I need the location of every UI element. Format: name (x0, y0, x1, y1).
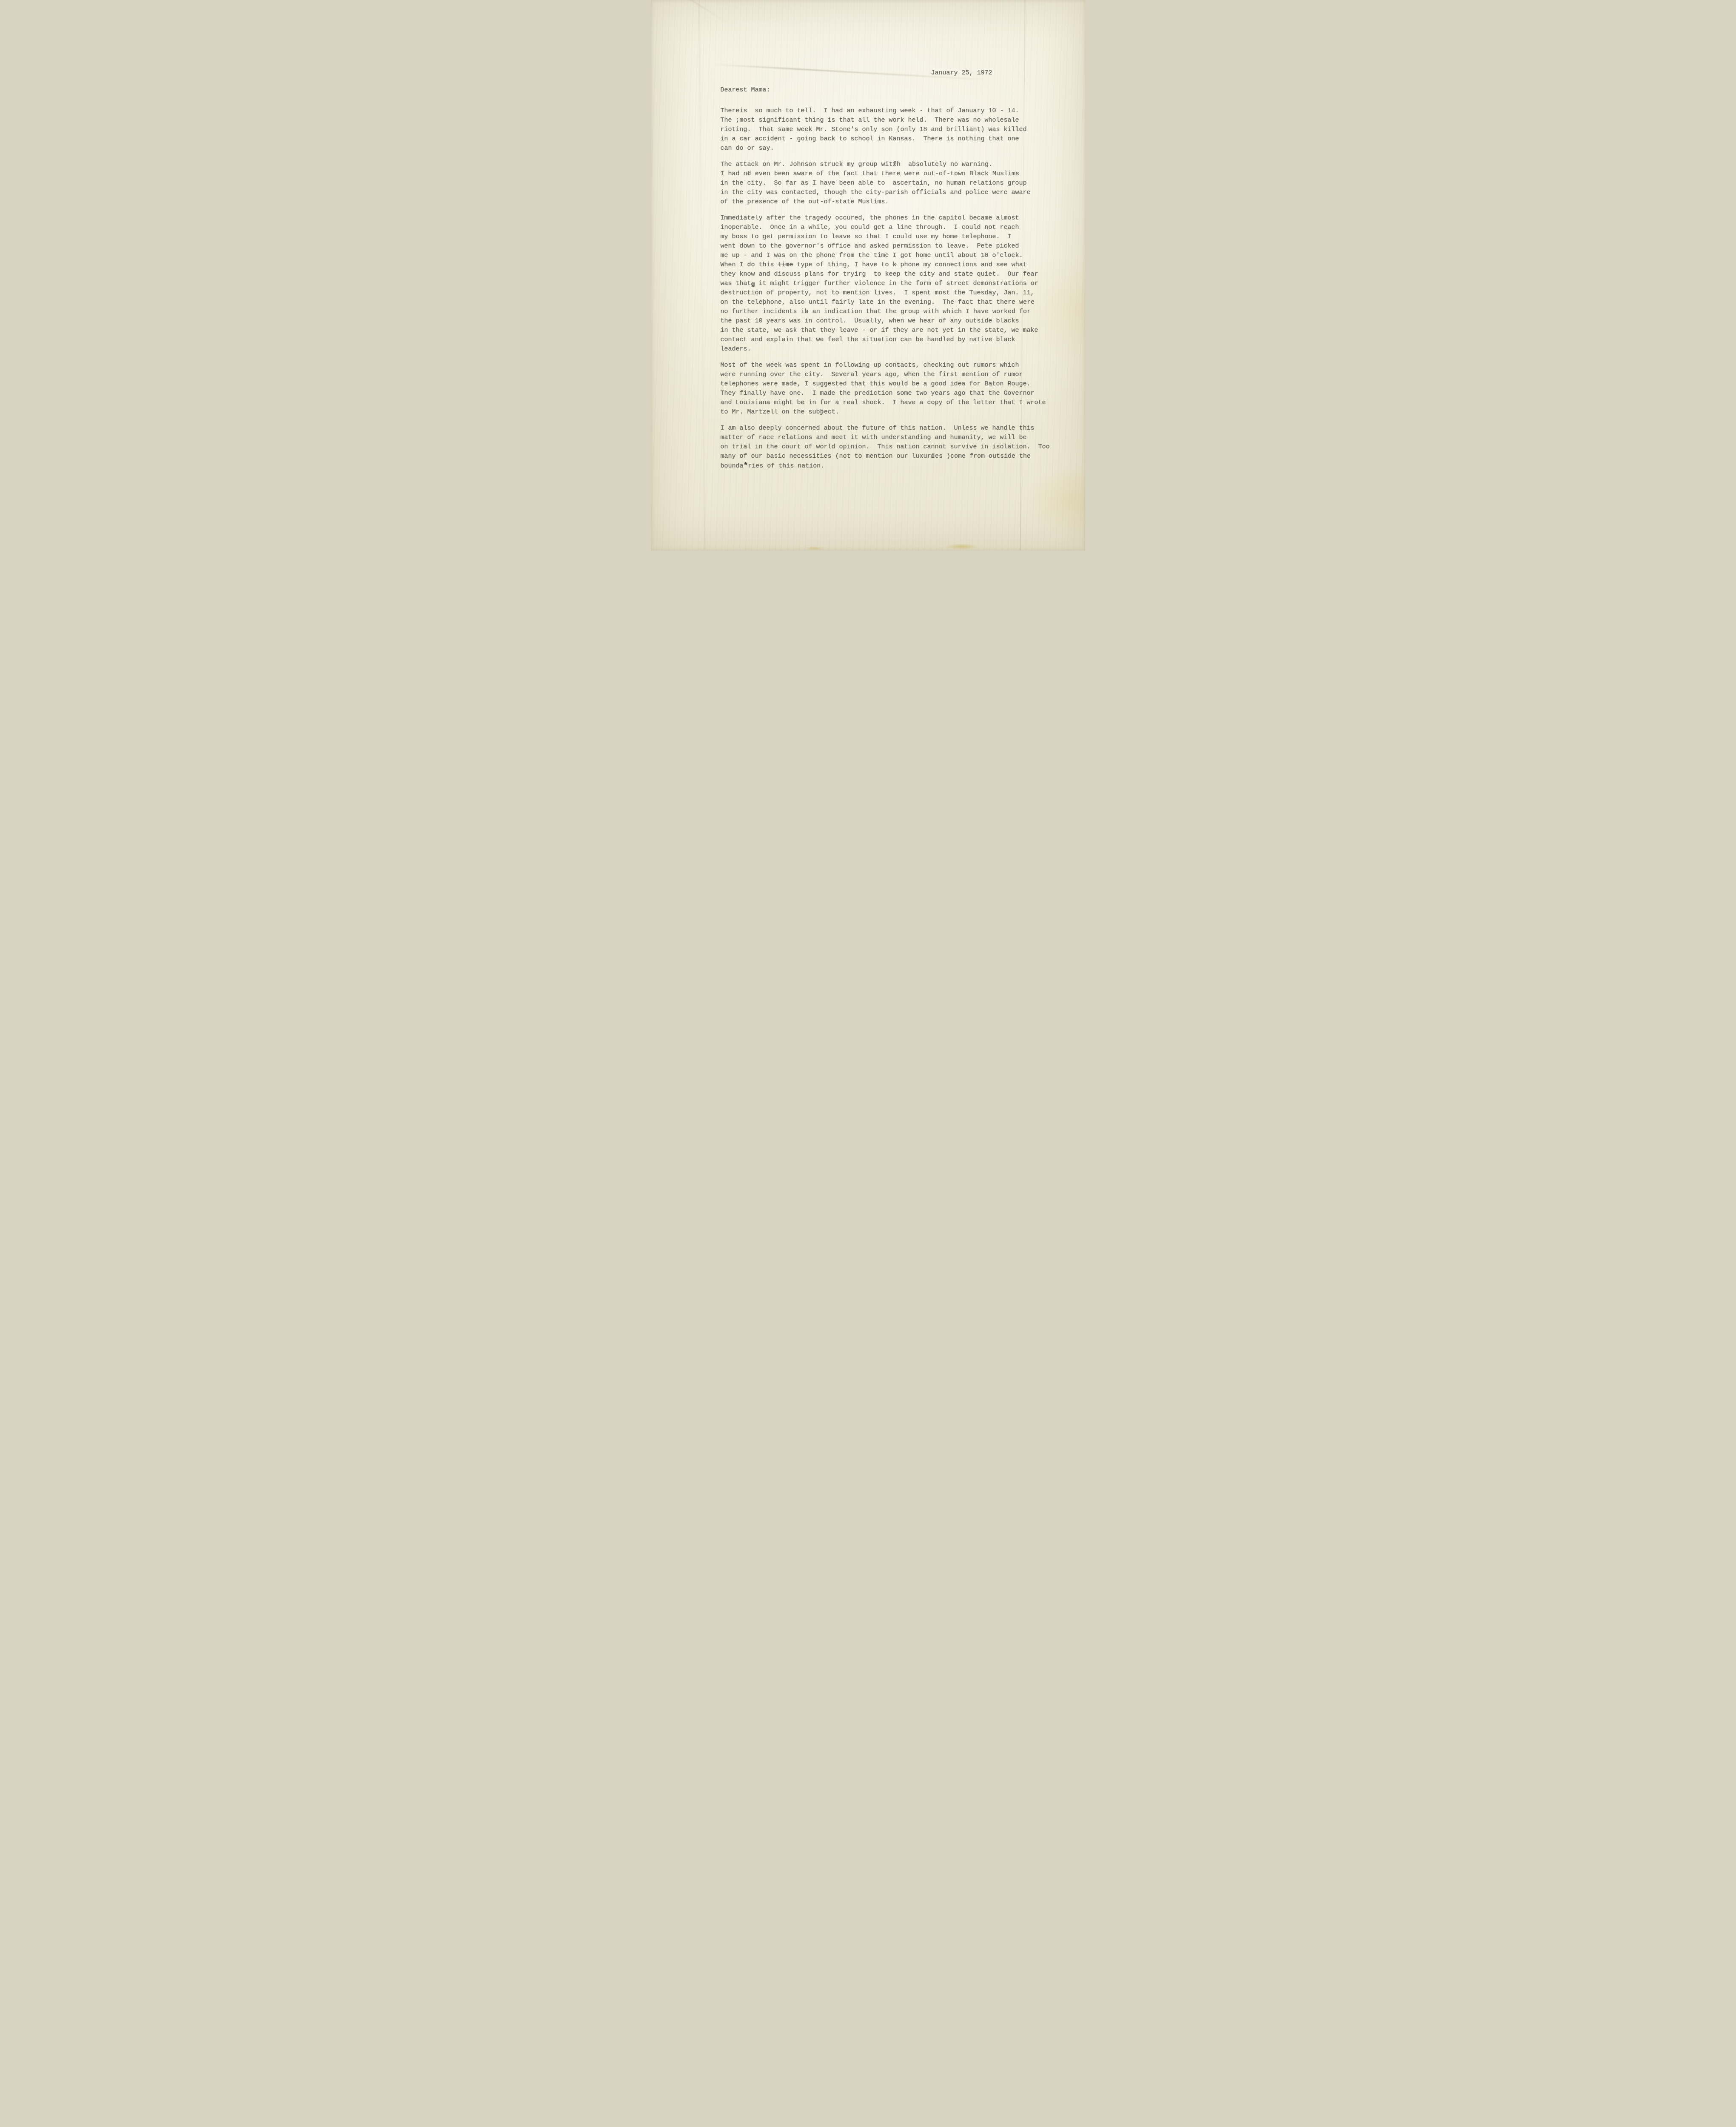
letter-paragraph-4: Most of the week was spent in following … (721, 361, 1068, 417)
typewriter-overstrike: time (778, 261, 793, 268)
typewriter-overstrike: xf (893, 161, 897, 168)
typewriter-overstrike: bj (820, 408, 824, 416)
typewriter-overstrike: bs (805, 308, 809, 315)
letter-page: January 25, 1972 Dearest Mama: Thereis s… (651, 0, 1085, 550)
stain (805, 546, 824, 550)
typewriter-overstrike: k (893, 261, 897, 268)
letter-date: January 25, 1972 (931, 69, 992, 77)
letter-paragraph-5: I am also deeply concerned about the fut… (721, 424, 1068, 471)
letter-body: Thereis so much to tell. I had an exhaus… (721, 106, 1068, 478)
letter-salutation: Dearest Mama: (721, 86, 770, 94)
typewriter-overstrike: dt (747, 170, 751, 177)
typewriter-overstrike: bp (763, 299, 767, 306)
paper-crease (698, 0, 705, 550)
typewriter-overstrike: * (744, 462, 748, 470)
letter-paragraph-3: Immediately after the tragedy occured, t… (721, 214, 1068, 354)
letter-paragraph-1: Thereis so much to tell. I had an exhaus… (721, 106, 1068, 153)
stain (945, 544, 979, 550)
typewriter-overstrike: di (931, 453, 935, 460)
typewriter-overstrike: g (751, 281, 755, 288)
paper-crease (651, 0, 729, 24)
letter-paragraph-2: The attack on Mr. Johnson struck my grou… (721, 160, 1068, 207)
